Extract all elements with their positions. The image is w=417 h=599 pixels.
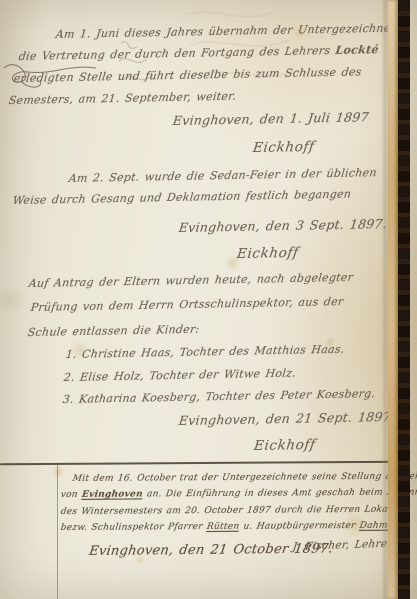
entry4-line2: von Evinghoven an. Die Einführung in die…: [60, 487, 417, 500]
entry4-signature: J. Fischer, Lehrer: [292, 538, 393, 553]
book-edge-pages: [388, 0, 398, 599]
place-name-evinghoven: Evinghoven: [81, 489, 143, 499]
entry4-line4: bezw. Schulinspektor Pfarrer Rütten u. H…: [60, 521, 403, 533]
entry4-line4-mid: u. Hauptbürgermeister: [239, 521, 361, 532]
entry2-signature: Eickhoff: [236, 245, 300, 262]
entry3-line3: Schule entlassen die Kinder:: [27, 323, 200, 339]
entry4-line1: Mit dem 16. October trat der Untergezeic…: [72, 471, 417, 484]
margin-line: [57, 465, 58, 599]
entry4-line2-post: an. Die Einführung in dieses Amt geschah…: [142, 487, 417, 499]
chronicle-page: Am 1. Juni dieses Jahres übernahm der Un…: [0, 0, 417, 599]
entry1-line4: Semesters, am 21. September, weiter.: [8, 90, 237, 107]
book-edge-rim: [410, 0, 417, 599]
entry2-dateline: Evinghoven, den 3 Sept. 1897.: [178, 216, 388, 235]
entry4-line4-pre: bezw. Schulinspektor Pfarrer: [60, 522, 207, 533]
entry3-signature: Eickhoff: [253, 437, 317, 454]
entry2-line1: Am 2. Sept. wurde die Sedan-Feier in der…: [68, 166, 378, 185]
pupil-list-item: 3. Katharina Koesberg, Tochter des Peter…: [62, 387, 376, 406]
pupil-list-item: 2. Elise Holz, Tochter der Witwe Holz.: [63, 367, 297, 384]
entry4-line3: des Wintersemesters am 20. October 1897 …: [60, 505, 395, 517]
pupil-list-item: 1. Christine Haas, Tochter des Matthias …: [65, 343, 345, 361]
teacher-name-lockte: Lockté: [335, 43, 380, 57]
entry1-dateline: Evinghoven, den 1. Juli 1897: [172, 109, 370, 128]
entry3-dateline: Evinghoven, den 21 Sept. 1897.: [178, 409, 396, 428]
separator-rule: [0, 461, 402, 465]
pastor-name: Rütten: [206, 522, 240, 532]
entry2-line2: Weise durch Gesang und Deklamation festl…: [12, 188, 352, 207]
page-fold-shadow: [381, 0, 388, 599]
entry1-signature: Eickhoff: [252, 139, 316, 156]
book-edge-dark: [398, 0, 410, 599]
entry3-line1: Auf Antrag der Eltern wurden heute, nach…: [28, 271, 354, 290]
entry4-line2-pre: von: [60, 490, 83, 500]
entry3-line2: Prüfung von dem Herrn Ortsschulinspektor…: [30, 295, 344, 314]
